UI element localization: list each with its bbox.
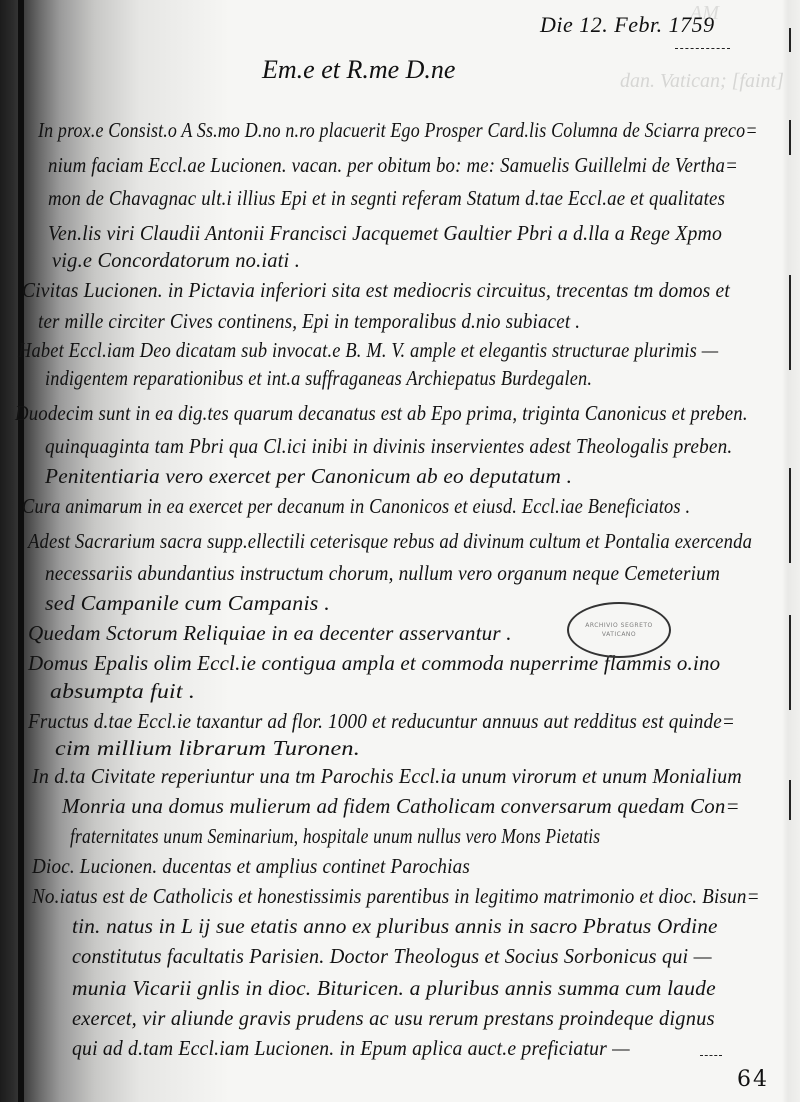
manuscript-line: Monria una domus mulierum ad fidem Catho…: [62, 794, 740, 819]
manuscript-line: vig.e Concordatorum no.iati .: [52, 248, 300, 273]
closing-dash: [700, 1055, 722, 1056]
manuscript-line: munia Vicarii gnlis in dioc. Bituricen. …: [72, 976, 716, 1001]
manuscript-line: Cura animarum in ea exercet per decanum …: [22, 494, 690, 519]
manuscript-line: mon de Chavagnac ult.i illius Epi et in …: [48, 186, 725, 211]
manuscript-line: Ven.lis viri Claudii Antonii Francisci J…: [48, 221, 722, 246]
manuscript-page: AM dan. Vatican; [faint] Die 12. Febr. 1…: [0, 0, 800, 1102]
manuscript-line: nium faciam Eccl.ae Lucionen. vacan. per…: [48, 153, 738, 178]
manuscript-line: In prox.e Consist.o A Ss.mo D.no n.ro pl…: [38, 118, 758, 143]
manuscript-line: constitutus facultatis Parisien. Doctor …: [72, 944, 712, 969]
manuscript-line: cim millium librarum Turonen.: [55, 736, 360, 761]
manuscript-line: ter mille circiter Cives continens, Epi …: [38, 309, 580, 334]
manuscript-line: Fructus d.tae Eccl.ie taxantur ad flor. …: [28, 709, 735, 734]
manuscript-line: Penitentiaria vero exercet per Canonicum…: [45, 464, 572, 489]
manuscript-line: fraternitates unum Seminarium, hospitale…: [70, 824, 600, 849]
manuscript-line: Civitas Lucionen. in Pictavia inferiori …: [22, 278, 730, 303]
manuscript-line: quinquaginta tam Pbri qua Cl.ici inibi i…: [45, 434, 732, 459]
manuscript-line: No.iatus est de Catholicis et honestissi…: [32, 884, 760, 909]
manuscript-body: In prox.e Consist.o A Ss.mo D.no n.ro pl…: [0, 0, 800, 1102]
manuscript-line: sed Campanile cum Campanis .: [45, 591, 330, 616]
manuscript-line: Dioc. Lucionen. ducentas et amplius cont…: [32, 854, 470, 879]
manuscript-line: In d.ta Civitate reperiuntur una tm Paro…: [32, 764, 742, 789]
manuscript-line: qui ad d.tam Eccl.iam Lucionen. in Epum …: [72, 1036, 630, 1061]
manuscript-line: Quedam Sctorum Reliquiae in ea decenter …: [28, 621, 512, 646]
manuscript-line: exercet, vir aliunde gravis prudens ac u…: [72, 1006, 715, 1031]
manuscript-line: absumpta fuit .: [50, 679, 195, 704]
archive-stamp: ARCHIVIO SEGRETO VATICANO: [567, 602, 671, 658]
manuscript-line: necessariis abundantius instructum choru…: [45, 561, 720, 586]
manuscript-line: indigentem reparationibus et int.a suffr…: [45, 366, 592, 391]
manuscript-line: tin. natus in L ij sue etatis anno ex pl…: [72, 914, 718, 939]
stamp-text: ARCHIVIO SEGRETO VATICANO: [576, 621, 662, 639]
manuscript-line: Habet Eccl.iam Deo dicatam sub invocat.e…: [18, 338, 718, 363]
manuscript-line: Adest Sacrarium sacra supp.ellectili cet…: [28, 529, 752, 554]
page-number: 64: [737, 1067, 769, 1092]
manuscript-line: Duodecim sunt in ea dig.tes quarum decan…: [15, 401, 748, 426]
